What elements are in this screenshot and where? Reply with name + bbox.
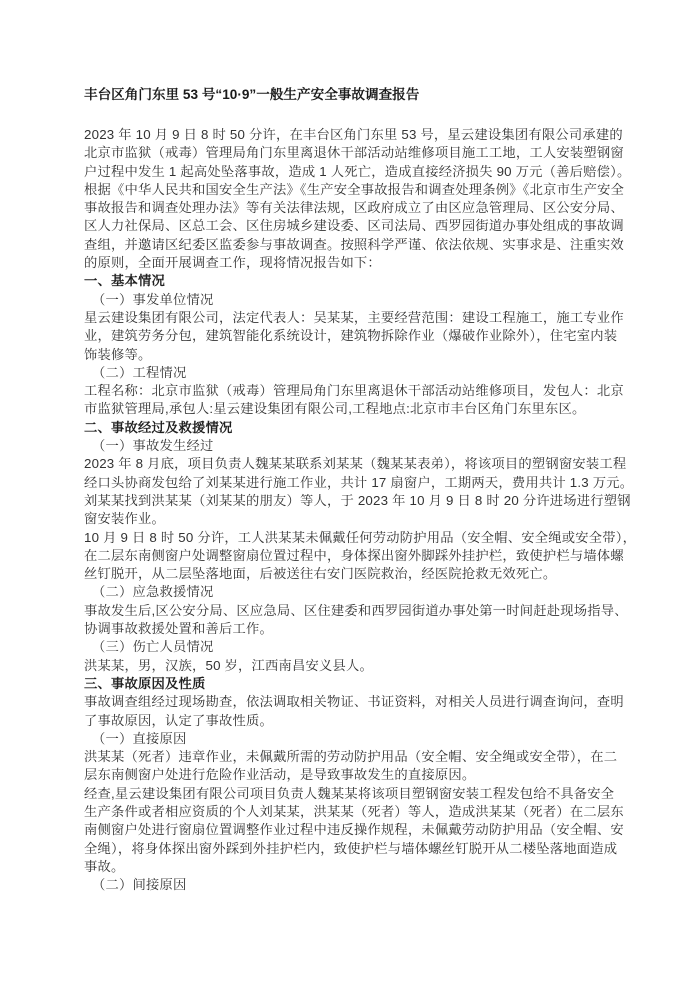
text-line: 刘某某找到洪某某（刘某某的朋友）等人，于 2023 年 10 月 9 日 8 时…: [84, 492, 622, 510]
text-line: 了事故原因，认定了事故性质。: [84, 712, 622, 730]
text-line: 区人力社保局、区总工会、区住房城乡建设委、区司法局、西罗园街道办事处组成的事故调: [84, 217, 622, 235]
text-line: 洪某某，男，汉族，50 岁，江西南昌安义县人。: [84, 657, 622, 675]
text-line: 的原则，全面开展调查工作，现将情况报告如下：: [84, 254, 622, 272]
subsection-heading: （一）事故发生经过: [84, 437, 622, 455]
text-line: 南侧窗户处进行窗扇位置调整作业过程中违反操作规程，未佩戴劳动防护用品（安全帽、安: [84, 821, 622, 839]
subsection-heading: （二）工程情况: [84, 364, 622, 382]
text-line: 饰装修等。: [84, 346, 622, 364]
text-line: 全绳），将身体探出窗外踩到外挂护栏内，致使护栏与墙体螺丝钉脱开从二楼坠落地面造成: [84, 840, 622, 858]
text-line: 洪某某（死者）违章作业，未佩戴所需的劳动防护用品（安全帽、安全绳或安全带），在二: [84, 748, 622, 766]
section-heading: 一、基本情况: [84, 272, 622, 290]
text-line: 星云建设集团有限公司，法定代表人：吴某某，主要经营范围：建设工程施工，施工专业作: [84, 309, 622, 327]
text-line: 根据《中华人民共和国安全生产法》《生产安全事故报告和调查处理条例》《北京市生产安…: [84, 181, 622, 199]
report-body: 丰台区角门东里 53 号“10·9”一般生产安全事故调查报告 2023 年 10…: [84, 86, 622, 894]
subsection-heading: （三）伤亡人员情况: [84, 638, 622, 656]
text-line: 层东南侧窗户处进行危险作业活动，是导致事故发生的直接原因。: [84, 766, 622, 784]
text-line: 生产条件或者相应资质的个人刘某某，洪某某（死者）等人，造成洪某某（死者）在二层东: [84, 803, 622, 821]
text-line: 查组，并邀请区纪委区监委参与事故调查。按照科学严谨、依法依规、实事求是、注重实效: [84, 236, 622, 254]
text-line: 事故报告和调查处理办法》等有关法律法规，区政府成立了由区应急管理局、区公安分局、: [84, 199, 622, 217]
section-heading: 二、事故经过及救援情况: [84, 419, 622, 437]
text-line: 户过程中发生 1 起高处坠落事故，造成 1 人死亡，造成直接经济损失 90 万元…: [84, 163, 622, 181]
text-line: 丝钉脱开，从二层坠落地面，后被送往右安门医院救治，经医院抢救无效死亡。: [84, 565, 622, 583]
subsection-heading: （二）间接原因: [84, 876, 622, 894]
text-line: 2023 年 10 月 9 日 8 时 50 分许，在丰台区角门东里 53 号，…: [84, 126, 622, 144]
text-line: 事故发生后,区公安分局、区应急局、区住建委和西罗园街道办事处第一时间赶赴现场指导…: [84, 602, 622, 620]
text-line: 工程名称：北京市监狱（戒毒）管理局角门东里离退休干部活动站维修项目，发包人：北京: [84, 382, 622, 400]
text-line: 市监狱管理局,承包人:星云建设集团有限公司,工程地点:北京市丰台区角门东里东区。: [84, 400, 622, 418]
text-line: 业，建筑劳务分包，建筑智能化系统设计，建筑物拆除作业（爆破作业除外），住宅室内装: [84, 327, 622, 345]
text-line: 窗安装作业。: [84, 510, 622, 528]
report-lines: 2023 年 10 月 9 日 8 时 50 分许，在丰台区角门东里 53 号，…: [84, 126, 622, 894]
document-page: 丰台区角门东里 53 号“10·9”一般生产安全事故调查报告 2023 年 10…: [0, 0, 700, 989]
subsection-heading: （二）应急救援情况: [84, 583, 622, 601]
text-line: 在二层东南侧窗户处调整窗扇位置过程中，身体探出窗外脚踩外挂护栏，致使护栏与墙体螺: [84, 547, 622, 565]
text-line: 2023 年 8 月底，项目负责人魏某某联系刘某某（魏某某表弟），将该项目的塑钢…: [84, 455, 622, 473]
subsection-heading: （一）直接原因: [84, 730, 622, 748]
text-line: 协调事故救援处置和善后工作。: [84, 620, 622, 638]
text-line: 事故。: [84, 858, 622, 876]
text-line: 经口头协商发包给了刘某某进行施工作业，共计 17 扇窗户，工期两天，费用共计 1…: [84, 474, 622, 492]
text-line: 北京市监狱（戒毒）管理局角门东里离退休干部活动站维修项目施工工地，工人安装塑钢窗: [84, 144, 622, 162]
text-line: 10 月 9 日 8 时 50 分许，工人洪某某未佩戴任何劳动防护用品（安全帽、…: [84, 529, 622, 547]
subsection-heading: （一）事发单位情况: [84, 291, 622, 309]
text-line: 经查,星云建设集团有限公司项目负责人魏某某将该项目塑钢窗安装工程发包给不具备安全: [84, 785, 622, 803]
section-heading: 三、事故原因及性质: [84, 675, 622, 693]
text-line: 事故调查组经过现场勘查，依法调取相关物证、书证资料，对相关人员进行调查询问，查明: [84, 693, 622, 711]
report-title: 丰台区角门东里 53 号“10·9”一般生产安全事故调查报告: [84, 86, 622, 104]
